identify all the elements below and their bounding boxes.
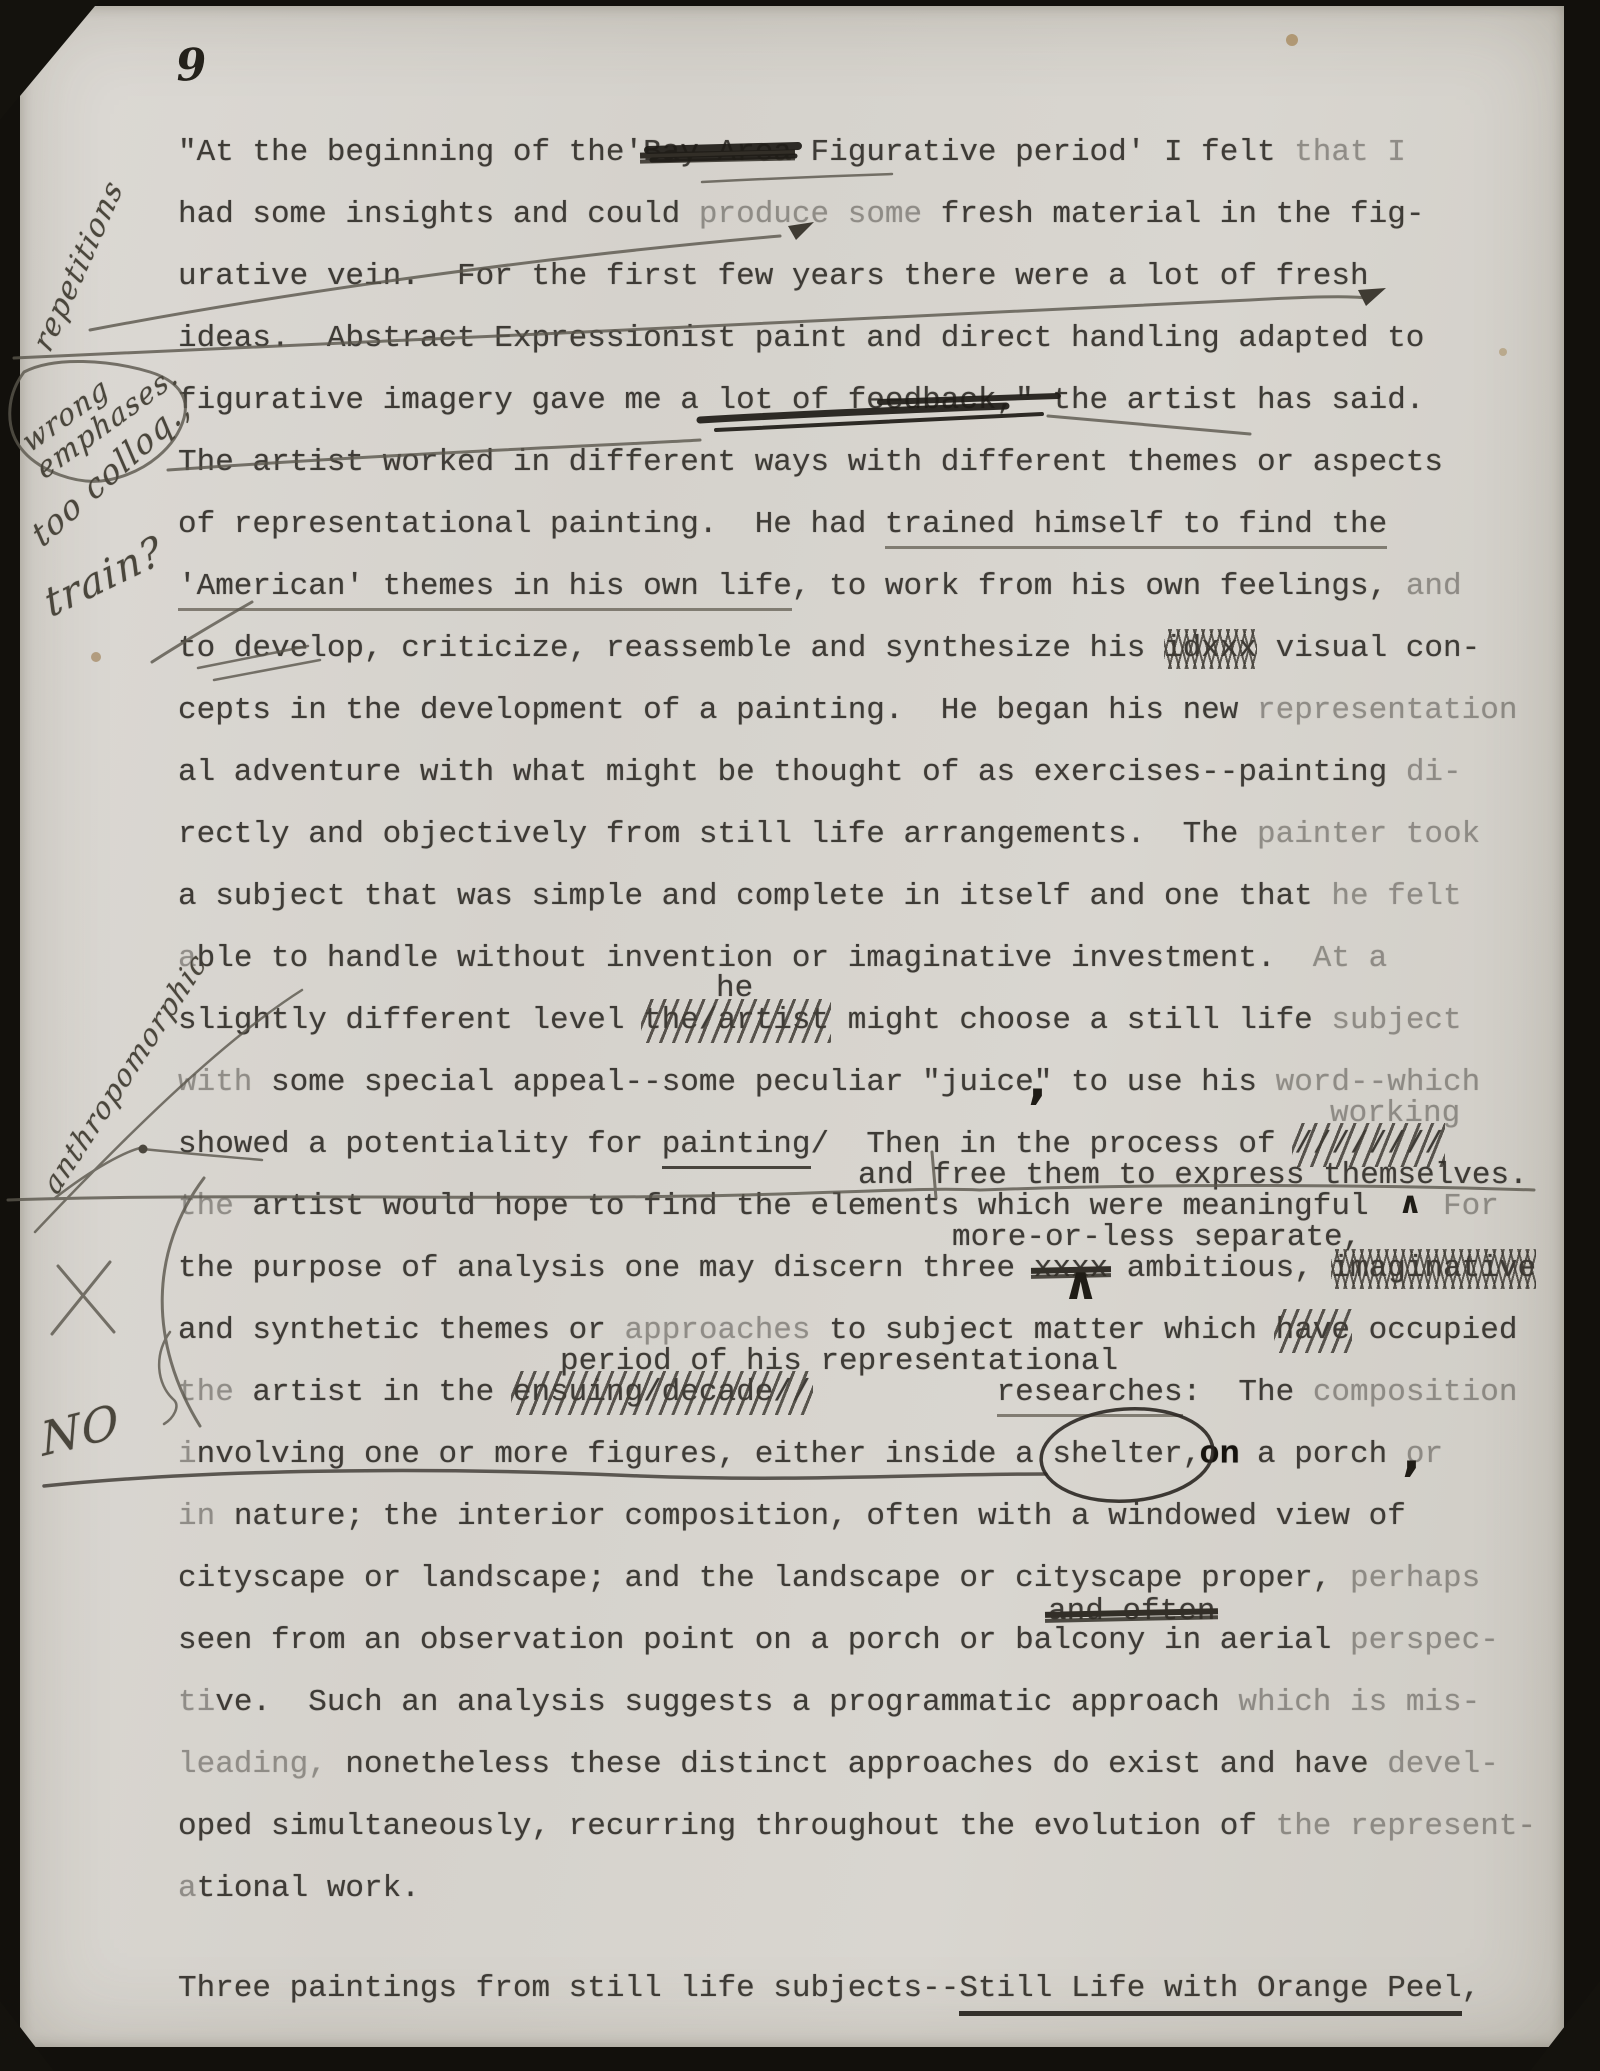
editorial-mark: ∧ bbox=[1062, 1256, 1099, 1310]
margin-note: repetitions bbox=[28, 174, 129, 357]
manuscript-scan: 9 "At the beginning of the'Bay Area Figu… bbox=[0, 0, 1600, 2071]
margin-note: anthropomorphic bbox=[38, 947, 212, 1200]
handwritten-annotations: repetitionswrong emphases.too colloq.,tr… bbox=[0, 0, 1600, 2071]
editorial-mark: ∧ bbox=[1398, 1186, 1422, 1221]
editorial-mark: , bbox=[1402, 1424, 1421, 1482]
editorial-mark: , bbox=[1028, 1052, 1047, 1110]
margin-note: NO bbox=[39, 1396, 123, 1464]
